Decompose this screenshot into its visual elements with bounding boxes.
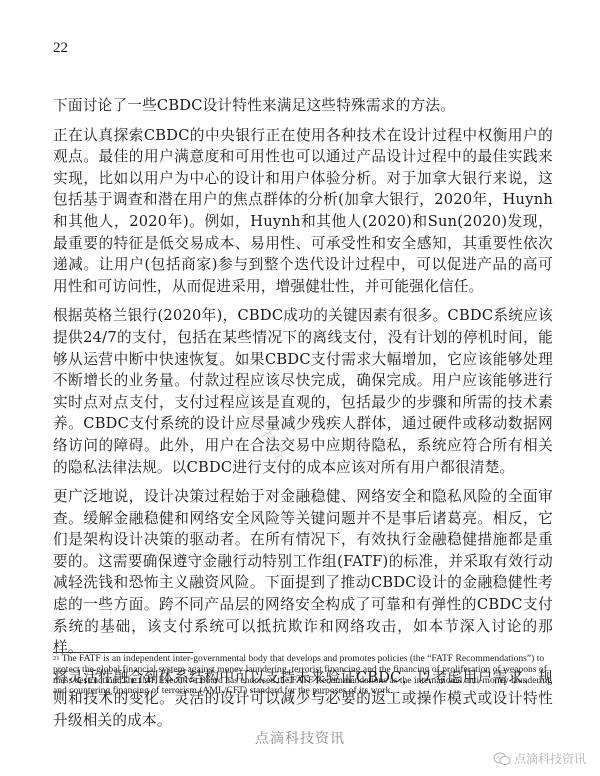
paragraph-success-factors: 根据英格兰银行(2020年)，CBDC成功的关键因素有很多。CBDC系统应该提供…: [53, 305, 553, 478]
wechat-icon: [493, 752, 511, 766]
paragraph-intro: 下面讨论了一些CBDC设计特性来满足这些特殊需求的方法。: [53, 95, 553, 117]
wechat-watermark: 点滴科技资讯: [493, 750, 586, 767]
document-body: 下面讨论了一些CBDC设计特性来满足这些特殊需求的方法。 正在认真探索CBDC的…: [53, 95, 553, 740]
footer-brand-watermark: 点滴科技资讯: [0, 728, 600, 748]
footnote-marker: 21: [53, 655, 60, 662]
paragraph-design-decisions: 更广泛地说，设计决策过程始于对金融稳健、网络安全和隐私风险的全面审查。缓解金融稳…: [53, 486, 553, 659]
footnote-text: The FATF is an independent inter-governm…: [53, 653, 552, 696]
wechat-label: 点滴科技资讯: [514, 750, 586, 767]
paragraph-user-perspective: 正在认真探索CBDC的中央银行正在使用各种技术在设计过程中权衡用户的观点。最佳的…: [53, 125, 553, 298]
page-number: 22: [53, 40, 68, 57]
footnote: 21 The FATF is an independent inter-gove…: [53, 654, 553, 697]
